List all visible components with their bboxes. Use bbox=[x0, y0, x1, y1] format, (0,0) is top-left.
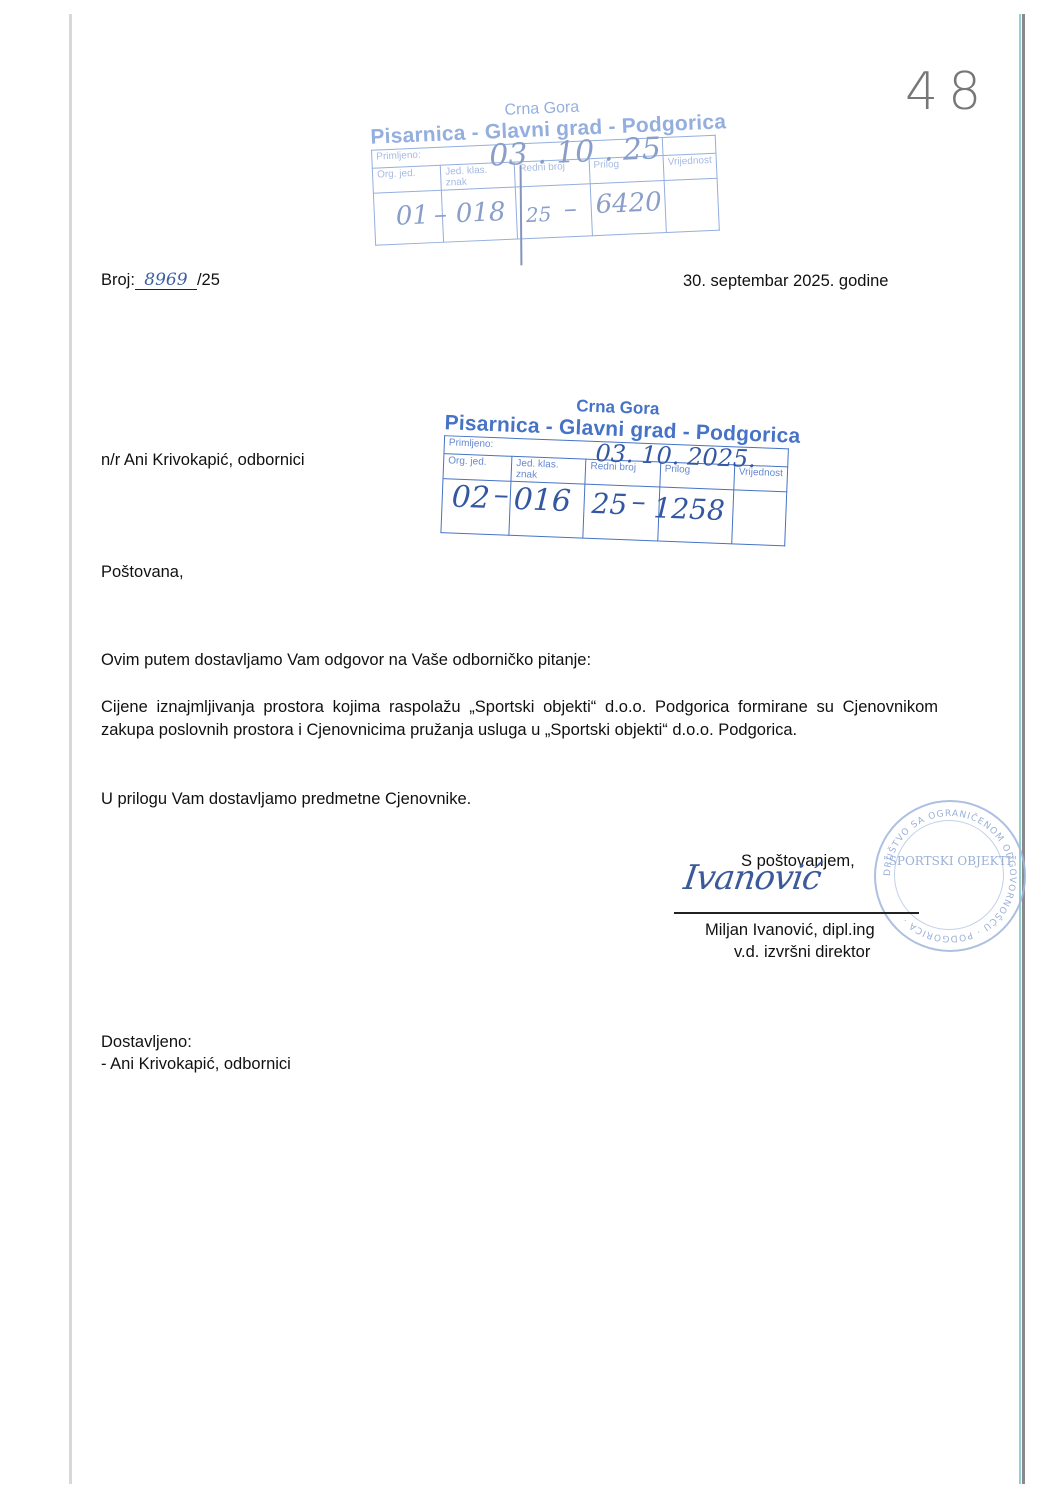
signature: Ivanović bbox=[681, 858, 823, 898]
document-number: Broj:8969/25 bbox=[101, 269, 220, 291]
stamp-dash: – bbox=[631, 484, 646, 518]
stamp-col-klas: Jed. klas. znak bbox=[511, 456, 586, 484]
broj-handwritten-number: 8969 bbox=[135, 271, 197, 290]
signature-line bbox=[674, 912, 919, 914]
signatory-name: Miljan Ivanović, dipl.ing bbox=[705, 919, 875, 941]
body-paragraph-1: Ovim putem dostavljamo Vam odgovor na Va… bbox=[101, 649, 938, 672]
right-margin-rule-cyan bbox=[1019, 14, 1021, 1484]
stamp-cell bbox=[732, 490, 787, 546]
document-date: 30. septembar 2025. godine bbox=[683, 270, 889, 292]
stamp-dash: – bbox=[433, 200, 447, 231]
seal-center-text: "SPORTSKI OBJEKTI" bbox=[876, 854, 1024, 869]
stamp-col-vrijednost: Vrijednost bbox=[663, 153, 717, 180]
broj-suffix: /25 bbox=[197, 271, 220, 289]
company-round-seal: DRUŠTVO SA OGRANIČENOM ODGOVORNOŠĆU · PO… bbox=[874, 800, 1026, 952]
stamp-handwritten-date: 03 . 10 . 25 bbox=[489, 131, 662, 173]
stamp-dash: – bbox=[563, 194, 577, 225]
registry-stamp-top: Crna Gora Pisarnica - Glavni grad - Podg… bbox=[369, 92, 731, 245]
recipient-line: n/r Ani Krivokapić, odbornici bbox=[101, 449, 305, 471]
stamp-col-org: Org. jed. bbox=[372, 165, 441, 193]
stamp-handwritten-prilog: 1258 bbox=[653, 491, 725, 527]
stamp-blank bbox=[662, 135, 716, 155]
stamp-cell bbox=[664, 178, 719, 232]
seal-ring-text: DRUŠTVO SA OGRANIČENOM ODGOVORNOŠĆU · PO… bbox=[876, 802, 1024, 950]
broj-label: Broj: bbox=[101, 271, 135, 289]
stamp-handwritten-org: 02 bbox=[451, 480, 491, 516]
right-margin-rule-gray bbox=[1022, 14, 1025, 1484]
stamp-handwritten-redni: 25 bbox=[591, 487, 628, 521]
distribution-item: - Ani Krivokapić, odbornici bbox=[101, 1053, 291, 1075]
svg-text:DRUŠTVO SA OGRANIČENOM ODGOVOR: DRUŠTVO SA OGRANIČENOM ODGOVORNOŠĆU · PO… bbox=[883, 809, 1017, 943]
body-paragraph-3: U prilogu Vam dostavljamo predmetne Cjen… bbox=[101, 788, 938, 811]
stamp-handwritten-prilog: 6420 bbox=[595, 187, 662, 220]
greeting: Poštovana, bbox=[101, 561, 184, 583]
stamp-handwritten-org: 01 bbox=[395, 200, 429, 231]
stamp-handwritten-klas: 016 bbox=[513, 482, 572, 519]
left-margin-rule bbox=[69, 14, 72, 1484]
distribution-label: Dostavljeno: bbox=[101, 1031, 192, 1053]
stamp-dash: – bbox=[493, 477, 509, 513]
stamp-handwritten-klas: 018 bbox=[455, 197, 506, 229]
registry-stamp-second: Crna Gora Pisarnica - Glavni grad - Podg… bbox=[440, 391, 801, 547]
signatory-title: v.d. izvršni direktor bbox=[734, 941, 870, 963]
body-paragraph-2: Cijene iznajmljivanja prostora kojima ra… bbox=[101, 696, 938, 742]
handwritten-page-number: 48 bbox=[905, 62, 991, 122]
stamp-handwritten-redni: 25 bbox=[525, 202, 551, 227]
